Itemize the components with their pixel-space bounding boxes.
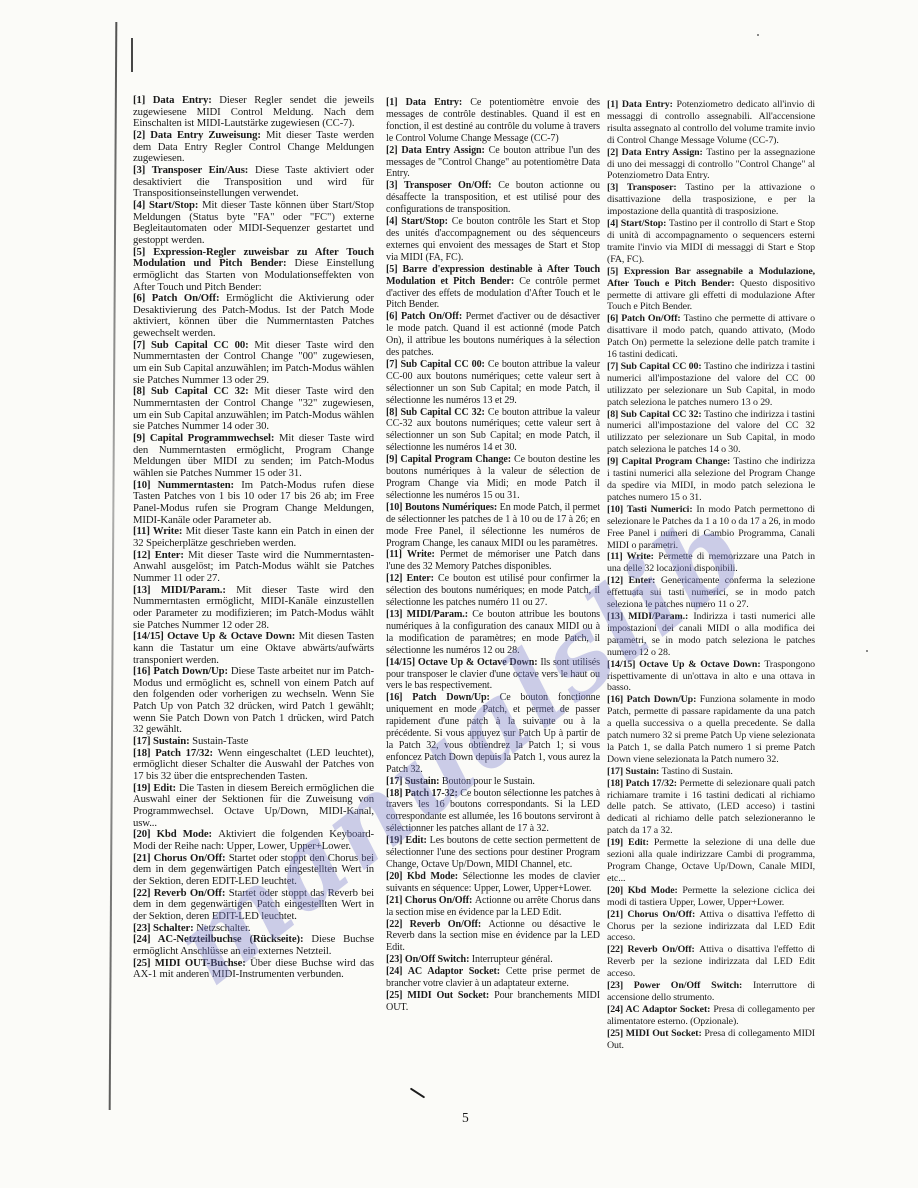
- item-label: [14/15] Octave Up & Octave Down:: [133, 630, 299, 642]
- item-label: [6] Patch On/Off:: [386, 311, 466, 322]
- column-german: [1] Data Entry: Dieser Regler sendet die…: [133, 95, 374, 981]
- item-label: [22] Reverb On/Off:: [607, 944, 699, 955]
- item-label: [23] Schalter:: [133, 922, 196, 934]
- item-label: [7] Sub Capital CC 00:: [386, 359, 488, 370]
- item-label: [11] Write:: [133, 525, 186, 537]
- item-label: [10] Boutons Numériques:: [386, 502, 500, 513]
- manual-item: [18] Patch 17/32: Permette di selezionar…: [607, 778, 815, 838]
- item-label: [3] Transposer Ein/Aus:: [133, 164, 255, 176]
- item-label: [10] Tasti Numerici:: [607, 504, 696, 515]
- item-label: [18] Patch 17-32:: [386, 788, 460, 799]
- manual-item: [22] Reverb On/Off: Actionne ou désactiv…: [386, 919, 600, 955]
- item-label: [19] Edit:: [607, 837, 654, 848]
- item-text: Bouton pour le Sustain.: [442, 776, 535, 787]
- manual-item: [16] Patch Down/Up: Funziona solamente i…: [607, 694, 815, 765]
- item-label: [16] Patch Down/Up:: [133, 665, 231, 677]
- manual-item: [19] Edit: Die Tasten in diesem Bereich …: [133, 783, 374, 830]
- column-italian: [1] Data Entry: Potenziometro dedicato a…: [607, 99, 815, 1052]
- item-label: [1] Data Entry:: [386, 97, 470, 108]
- manual-item: [1] Data Entry: Ce potentiomètre envoie …: [386, 97, 600, 145]
- item-label: [17] Sustain:: [386, 776, 442, 787]
- item-label: [20] Kbd Mode:: [133, 828, 218, 840]
- manual-item: [6] Patch On/Off: Tastino che permette d…: [607, 313, 815, 361]
- manual-item: [16] Patch Down/Up: Ce bouton fonctionne…: [386, 692, 600, 775]
- item-text: Netzschalter.: [196, 922, 250, 934]
- manual-item: [1] Data Entry: Potenziometro dedicato a…: [607, 99, 815, 147]
- manual-item: [24] AC Adaptor Socket: Presa di collega…: [607, 1004, 815, 1028]
- item-label: [24] AC Adaptor Socket:: [386, 966, 506, 977]
- manual-item: [10] Boutons Numériques: En mode Patch, …: [386, 502, 600, 550]
- item-label: [22] Reverb On/Off:: [386, 919, 488, 930]
- manual-item: [6] Patch On/Off: Permet d'activer ou de…: [386, 311, 600, 359]
- item-label: [2] Data Entry Assign:: [607, 147, 706, 158]
- item-label: [22] Reverb On/Off:: [133, 887, 229, 899]
- manual-item: [14/15] Octave Up & Octave Down: Traspon…: [607, 659, 815, 695]
- manual-item: [18] Patch 17/32: Wenn eingeschaltet (LE…: [133, 748, 374, 783]
- item-label: [9] Capital Program Change:: [386, 454, 514, 465]
- scan-speck: [757, 34, 759, 36]
- manual-item: [3] Transposer On/Off: Ce bouton actionn…: [386, 180, 600, 216]
- manual-item: [24] AC-Netzteilbuchse (Rückseite): Dies…: [133, 934, 374, 957]
- scan-speck: [866, 650, 868, 652]
- manual-item: [25] MIDI Out Socket: Presa di collegame…: [607, 1028, 815, 1052]
- item-label: [13] MIDI/Param.:: [133, 584, 236, 596]
- item-label: [9] Capital Programmwechsel:: [133, 432, 279, 444]
- manual-item: [3] Transposer Ein/Aus: Diese Taste akti…: [133, 165, 374, 200]
- item-label: [21] Chorus On/Off:: [133, 852, 229, 864]
- item-label: [2] Data Entry Assign:: [386, 145, 489, 156]
- manual-item: [7] Sub Capital CC 00: Tastino che indir…: [607, 361, 815, 409]
- manual-item: [21] Chorus On/Off: Actionne ou arrête C…: [386, 895, 600, 919]
- manual-item: [17] Sustain: Bouton pour le Sustain.: [386, 776, 600, 788]
- item-label: [14/15] Octave Up & Octave Down:: [386, 657, 540, 668]
- item-label: [2] Data Entry Zuweisung:: [133, 129, 266, 141]
- manual-item: [12] Enter: Ce bouton est utilisé pour c…: [386, 573, 600, 609]
- manual-item: [10] Tasti Numerici: In modo Patch perme…: [607, 504, 815, 552]
- item-label: [25] MIDI OUT-Buchse:: [133, 957, 250, 969]
- item-label: [24] AC Adaptor Socket:: [607, 1004, 713, 1015]
- item-label: [11] Write:: [386, 549, 440, 560]
- manual-item: [13] MIDI/Param.: Ce bouton attribue les…: [386, 609, 600, 657]
- item-label: [12] Enter:: [386, 573, 438, 584]
- manual-item: [3] Transposer: Tastino per la attivazio…: [607, 182, 815, 218]
- manual-item: [4] Start/Stop: Mit dieser Taste können …: [133, 200, 374, 247]
- manual-item: [8] Sub Capital CC 32: Mit dieser Taste …: [133, 386, 374, 433]
- manual-item: [10] Nummerntasten: Im Patch-Modus rufen…: [133, 480, 374, 527]
- manual-item: [20] Kbd Mode: Permette la selezione cic…: [607, 885, 815, 909]
- manual-item: [2] Data Entry Assign: Tastino per la as…: [607, 147, 815, 183]
- manual-item: [17] Sustain: Tastino di Sustain.: [607, 766, 815, 778]
- item-label: [13] MIDI/Param.:: [386, 609, 472, 620]
- item-text: Ce bouton fonctionne uniquement en mode …: [386, 692, 600, 774]
- manual-item: [23] On/Off Switch: Interrupteur général…: [386, 954, 600, 966]
- manual-item: [9] Capital Programmwechsel: Mit dieser …: [133, 433, 374, 480]
- manual-item: [2] Data Entry Assign: Ce bouton attribu…: [386, 145, 600, 181]
- item-label: [4] Start/Stop:: [386, 216, 452, 227]
- manual-item: [11] Write: Permette di memorizzare una …: [607, 551, 815, 575]
- manual-item: [18] Patch 17-32: Ce bouton sélectionne …: [386, 788, 600, 836]
- manual-item: [24] AC Adaptor Socket: Cette prise perm…: [386, 966, 600, 990]
- manual-item: [11] Write: Permet de mémoriser une Patc…: [386, 549, 600, 573]
- item-label: [10] Nummerntasten:: [133, 479, 241, 491]
- manual-item: [7] Sub Capital CC 00: Ce bouton attribu…: [386, 359, 600, 407]
- manual-item: [1] Data Entry: Dieser Regler sendet die…: [133, 95, 374, 130]
- manual-item: [8] Sub Capital CC 32: Tastino che indir…: [607, 409, 815, 457]
- manual-item: [20] Kbd Mode: Sélectionne les modes de …: [386, 871, 600, 895]
- manual-item: [9] Capital Program Change: Tastino che …: [607, 456, 815, 504]
- manual-item: [13] MIDI/Param.: Mit dieser Taste wird …: [133, 585, 374, 632]
- manual-item: [6] Patch On/Off: Ermöglicht die Aktivie…: [133, 293, 374, 340]
- item-label: [12] Enter:: [607, 575, 661, 586]
- item-label: [25] MIDI Out Socket:: [607, 1028, 704, 1039]
- item-label: [17] Sustain:: [133, 735, 192, 747]
- manual-item: [14/15] Octave Up & Octave Down: Ils son…: [386, 657, 600, 693]
- manual-item: [4] Start/Stop: Ce bouton contrôle les S…: [386, 216, 600, 264]
- manual-item: [2] Data Entry Zuweisung: Mit dieser Tas…: [133, 130, 374, 165]
- item-label: [19] Edit:: [386, 835, 430, 846]
- manual-item: [21] Chorus On/Off: Attiva o disattiva l…: [607, 909, 815, 945]
- item-label: [8] Sub Capital CC 32:: [386, 407, 488, 418]
- item-label: [6] Patch On/Off:: [133, 292, 226, 304]
- manual-item: [14/15] Octave Up & Octave Down: Mit die…: [133, 631, 374, 666]
- manual-item: [19] Edit: Les boutons de cette section …: [386, 835, 600, 871]
- item-label: [19] Edit:: [133, 782, 179, 794]
- item-label: [24] AC-Netzteilbuchse (Rückseite):: [133, 933, 311, 945]
- item-label: [4] Start/Stop:: [607, 218, 669, 229]
- manual-item: [12] Enter: Mit dieser Taste wird die Nu…: [133, 550, 374, 585]
- manual-item: [13] MIDI/Param.: Indirizza i tasti nume…: [607, 611, 815, 659]
- item-text: Tastino di Sustain.: [662, 766, 733, 777]
- item-label: [3] Transposer:: [607, 182, 685, 193]
- manual-item: [20] Kbd Mode: Aktiviert die folgenden K…: [133, 829, 374, 852]
- column-french: [1] Data Entry: Ce potentiomètre envoie …: [386, 97, 600, 1014]
- manual-item: [8] Sub Capital CC 32: Ce bouton attribu…: [386, 407, 600, 455]
- manual-item: [5] Expression-Regler zuweisbar zu After…: [133, 247, 374, 294]
- scanned-manual-page: [1] Data Entry: Dieser Regler sendet die…: [0, 0, 918, 1188]
- item-label: [23] On/Off Switch:: [386, 954, 472, 965]
- item-label: [7] Sub Capital CC 00:: [607, 361, 704, 372]
- item-label: [13] MIDI/Param.:: [607, 611, 693, 622]
- item-label: [1] Data Entry:: [607, 99, 677, 110]
- scan-artifact-tick-mark: [131, 38, 133, 72]
- manual-item: [19] Edit: Permette la selezione di una …: [607, 837, 815, 885]
- manual-item: [21] Chorus On/Off: Startet oder stoppt …: [133, 853, 374, 888]
- item-label: [3] Transposer On/Off:: [386, 180, 498, 191]
- scan-artifact-pen-mark: [410, 1088, 425, 1099]
- item-label: [20] Kbd Mode:: [607, 885, 682, 896]
- manual-item: [9] Capital Program Change: Ce bouton de…: [386, 454, 600, 502]
- manual-item: [12] Enter: Genericamente conferma la se…: [607, 575, 815, 611]
- manual-item: [4] Start/Stop: Tastino per il controllo…: [607, 218, 815, 266]
- item-label: [6] Patch On/Off:: [607, 313, 684, 324]
- item-label: [17] Sustain:: [607, 766, 662, 777]
- item-text: Interrupteur général.: [472, 954, 553, 965]
- item-label: [12] Enter:: [133, 549, 188, 561]
- item-label: [9] Capital Program Change:: [607, 456, 733, 467]
- item-label: [18] Patch 17/32:: [607, 778, 680, 789]
- item-label: [25] MIDI Out Socket:: [386, 990, 494, 1001]
- manual-item: [5] Expression Bar assegnabile a Modulaz…: [607, 266, 815, 314]
- item-label: [16] Patch Down/Up:: [607, 694, 700, 705]
- page-number: 5: [462, 1110, 469, 1126]
- manual-item: [25] MIDI Out Socket: Pour branchements …: [386, 990, 600, 1014]
- manual-item: [11] Write: Mit dieser Taste kann ein Pa…: [133, 526, 374, 549]
- item-label: [8] Sub Capital CC 32:: [133, 385, 254, 397]
- item-label: [4] Start/Stop:: [133, 199, 202, 211]
- item-label: [20] Kbd Mode:: [386, 871, 463, 882]
- manual-item: [7] Sub Capital CC 00: Mit dieser Taste …: [133, 340, 374, 387]
- item-label: [11] Write:: [607, 551, 658, 562]
- item-label: [7] Sub Capital CC 00:: [133, 339, 254, 351]
- item-label: [18] Patch 17/32:: [133, 747, 218, 759]
- item-text: Sustain-Taste: [192, 735, 248, 747]
- item-label: [23] Power On/Off Switch:: [607, 980, 753, 991]
- item-label: [1] Data Entry:: [133, 94, 219, 106]
- manual-item: [5] Barre d'expression destinable à Afte…: [386, 264, 600, 312]
- item-label: [16] Patch Down/Up:: [386, 692, 500, 703]
- item-label: [14/15] Octave Up & Octave Down:: [607, 659, 764, 670]
- manual-item: [22] Reverb On/Off: Startet oder stoppt …: [133, 888, 374, 923]
- manual-item: [16] Patch Down/Up: Diese Taste arbeitet…: [133, 666, 374, 736]
- item-label: [21] Chorus On/Off:: [607, 909, 700, 920]
- manual-item: [25] MIDI OUT-Buchse: Über diese Buchse …: [133, 958, 374, 981]
- manual-item: [23] Power On/Off Switch: Interruttore d…: [607, 980, 815, 1004]
- scan-artifact-left-line: [109, 22, 117, 1110]
- item-label: [8] Sub Capital CC 32:: [607, 409, 704, 420]
- item-label: [21] Chorus On/Off:: [386, 895, 475, 906]
- manual-item: [22] Reverb On/Off: Attiva o disattiva l…: [607, 944, 815, 980]
